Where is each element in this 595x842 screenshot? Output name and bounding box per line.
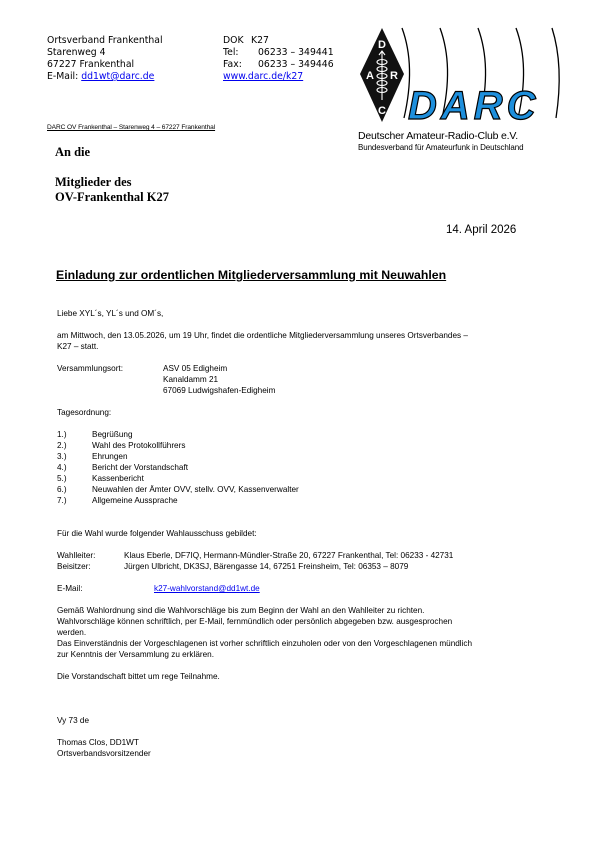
letter-body: Liebe XYL´s, YL´s und OM´s, am Mittwoch,… bbox=[57, 308, 577, 759]
club-email-row: E-Mail: dd1wt@darc.de bbox=[47, 71, 163, 83]
election-email-row: E-Mail:k27-wahlvorstand@dd1wt.de bbox=[57, 583, 577, 594]
diamond-letter-c: C bbox=[378, 105, 386, 117]
agenda-item: 2.)Wahl des Protokollführers bbox=[57, 440, 577, 451]
committee-member: Jürgen Ulbricht, DK3SJ, Bärengasse 14, 6… bbox=[124, 562, 408, 571]
darc-logo: D A R C DARC Deutscher Amateur-Radio-Clu… bbox=[358, 26, 568, 156]
agenda-item: 6.)Neuwahlen der Ämter OVV, stellv. OVV,… bbox=[57, 484, 577, 495]
club-address-block: Ortsverband Frankenthal Starenweg 4 6722… bbox=[47, 35, 163, 83]
recipient-line-1: An die bbox=[55, 145, 169, 160]
greeting: Vy 73 de bbox=[57, 715, 577, 726]
tel-value: 06233 – 349441 bbox=[258, 47, 334, 58]
dok-value: K27 bbox=[251, 35, 269, 46]
recipient-line-2: Mitglieder des bbox=[55, 175, 169, 190]
rules-line: Gemäß Wahlordnung sind die Wahlvorschläg… bbox=[57, 605, 577, 616]
election-email-label: E-Mail: bbox=[57, 583, 154, 594]
venue-city: 67069 Ludwigshafen-Edigheim bbox=[163, 386, 275, 395]
club-contact-block: DOKK27 Tel:06233 – 349441 Fax:06233 – 34… bbox=[223, 35, 334, 83]
committee-assessor-row: Beisitzer:Jürgen Ulbricht, DK3SJ, Bäreng… bbox=[57, 561, 577, 572]
darc-tagline: Bundesverband für Amateurfunk in Deutsch… bbox=[358, 143, 523, 152]
diamond-letter-d: D bbox=[378, 39, 386, 51]
committee-role: Beisitzer: bbox=[57, 561, 124, 572]
letter-subject: Einladung zur ordentlichen Mitgliederver… bbox=[56, 268, 446, 282]
committee-role: Wahlleiter: bbox=[57, 550, 124, 561]
agenda-item: 1.)Begrüßung bbox=[57, 429, 577, 440]
darc-wordmark: DARC bbox=[408, 84, 540, 126]
closing-request: Die Vorstandschaft bittet um rege Teilna… bbox=[57, 671, 577, 682]
dok-label: DOK bbox=[223, 35, 251, 47]
website-link[interactable]: www.darc.de/k27 bbox=[223, 71, 303, 82]
committee-chair-row: Wahlleiter:Klaus Eberle, DF7IQ, Hermann-… bbox=[57, 550, 577, 561]
agenda-item: 3.)Ehrungen bbox=[57, 451, 577, 462]
tel-label: Tel: bbox=[223, 47, 258, 59]
diamond-letter-a: A bbox=[366, 70, 374, 82]
venue-street: Kanaldamm 21 bbox=[163, 375, 218, 384]
salutation: Liebe XYL´s, YL´s und OM´s, bbox=[57, 308, 577, 319]
intro-line-1: am Mittwoch, den 13.05.2026, um 19 Uhr, … bbox=[57, 330, 577, 341]
club-email-label: E-Mail: bbox=[47, 71, 78, 82]
recipient-block: An die Mitglieder des OV-Frankenthal K27 bbox=[55, 145, 169, 205]
fax-value: 06233 – 349446 bbox=[258, 59, 334, 70]
dok-row: DOKK27 bbox=[223, 35, 334, 47]
darc-logo-graphic: D A R C DARC bbox=[358, 26, 568, 126]
club-city: 67227 Frankenthal bbox=[47, 59, 163, 71]
venue-name: ASV 05 Edigheim bbox=[163, 364, 227, 373]
committee-intro: Für die Wahl wurde folgender Wahlausschu… bbox=[57, 528, 577, 539]
sender-return-line: DARC OV Frankenthal – Starenweg 4 – 6722… bbox=[47, 124, 215, 131]
committee-member: Klaus Eberle, DF7IQ, Hermann-Mündler-Str… bbox=[124, 551, 453, 560]
club-name: Ortsverband Frankenthal bbox=[47, 35, 163, 47]
agenda-item: 4.)Bericht der Vorstandschaft bbox=[57, 462, 577, 473]
agenda-item: 7.)Allgemeine Aussprache bbox=[57, 495, 577, 506]
agenda-label: Tagesordnung: bbox=[57, 407, 577, 418]
signer-title: Ortsverbandsvorsitzender bbox=[57, 748, 577, 759]
diamond-letter-r: R bbox=[390, 70, 398, 82]
rules-line: Wahlvorschläge können schriftlich, per E… bbox=[57, 616, 577, 627]
election-email-link[interactable]: k27-wahlvorstand@dd1wt.de bbox=[154, 584, 260, 593]
signer-name: Thomas Clos, DD1WT bbox=[57, 737, 577, 748]
darc-fullname: Deutscher Amateur-Radio-Club e.V. bbox=[358, 130, 518, 142]
tel-row: Tel:06233 – 349441 bbox=[223, 47, 334, 59]
fax-row: Fax:06233 – 349446 bbox=[223, 59, 334, 71]
agenda-item: 5.)Kassenbericht bbox=[57, 473, 577, 484]
agenda-list: 1.)Begrüßung 2.)Wahl des Protokollführer… bbox=[57, 429, 577, 506]
recipient-line-3: OV-Frankenthal K27 bbox=[55, 190, 169, 205]
club-street: Starenweg 4 bbox=[47, 47, 163, 59]
venue-label: Versammlungsort: bbox=[57, 363, 163, 374]
rules-line: werden. bbox=[57, 627, 577, 638]
club-email-link[interactable]: dd1wt@darc.de bbox=[81, 71, 154, 82]
intro-line-2: K27 – statt. bbox=[57, 341, 577, 352]
venue-row: Versammlungsort:ASV 05 Edigheim bbox=[57, 363, 577, 374]
rules-line: Das Einverständnis der Vorgeschlagenen i… bbox=[57, 638, 577, 649]
fax-label: Fax: bbox=[223, 59, 258, 71]
letter-date: 14. April 2026 bbox=[446, 224, 516, 236]
rules-line: zur Kenntnis der Versammlung zu erklären… bbox=[57, 649, 577, 660]
